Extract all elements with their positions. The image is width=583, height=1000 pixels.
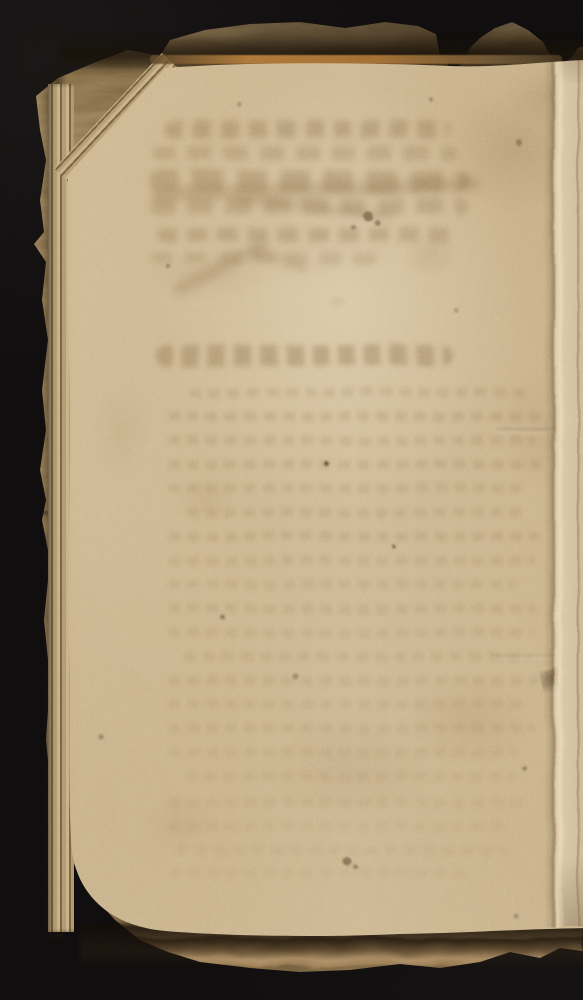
- photo-of-antique-book: [0, 0, 583, 1000]
- page-stack-edge-top: [150, 55, 562, 64]
